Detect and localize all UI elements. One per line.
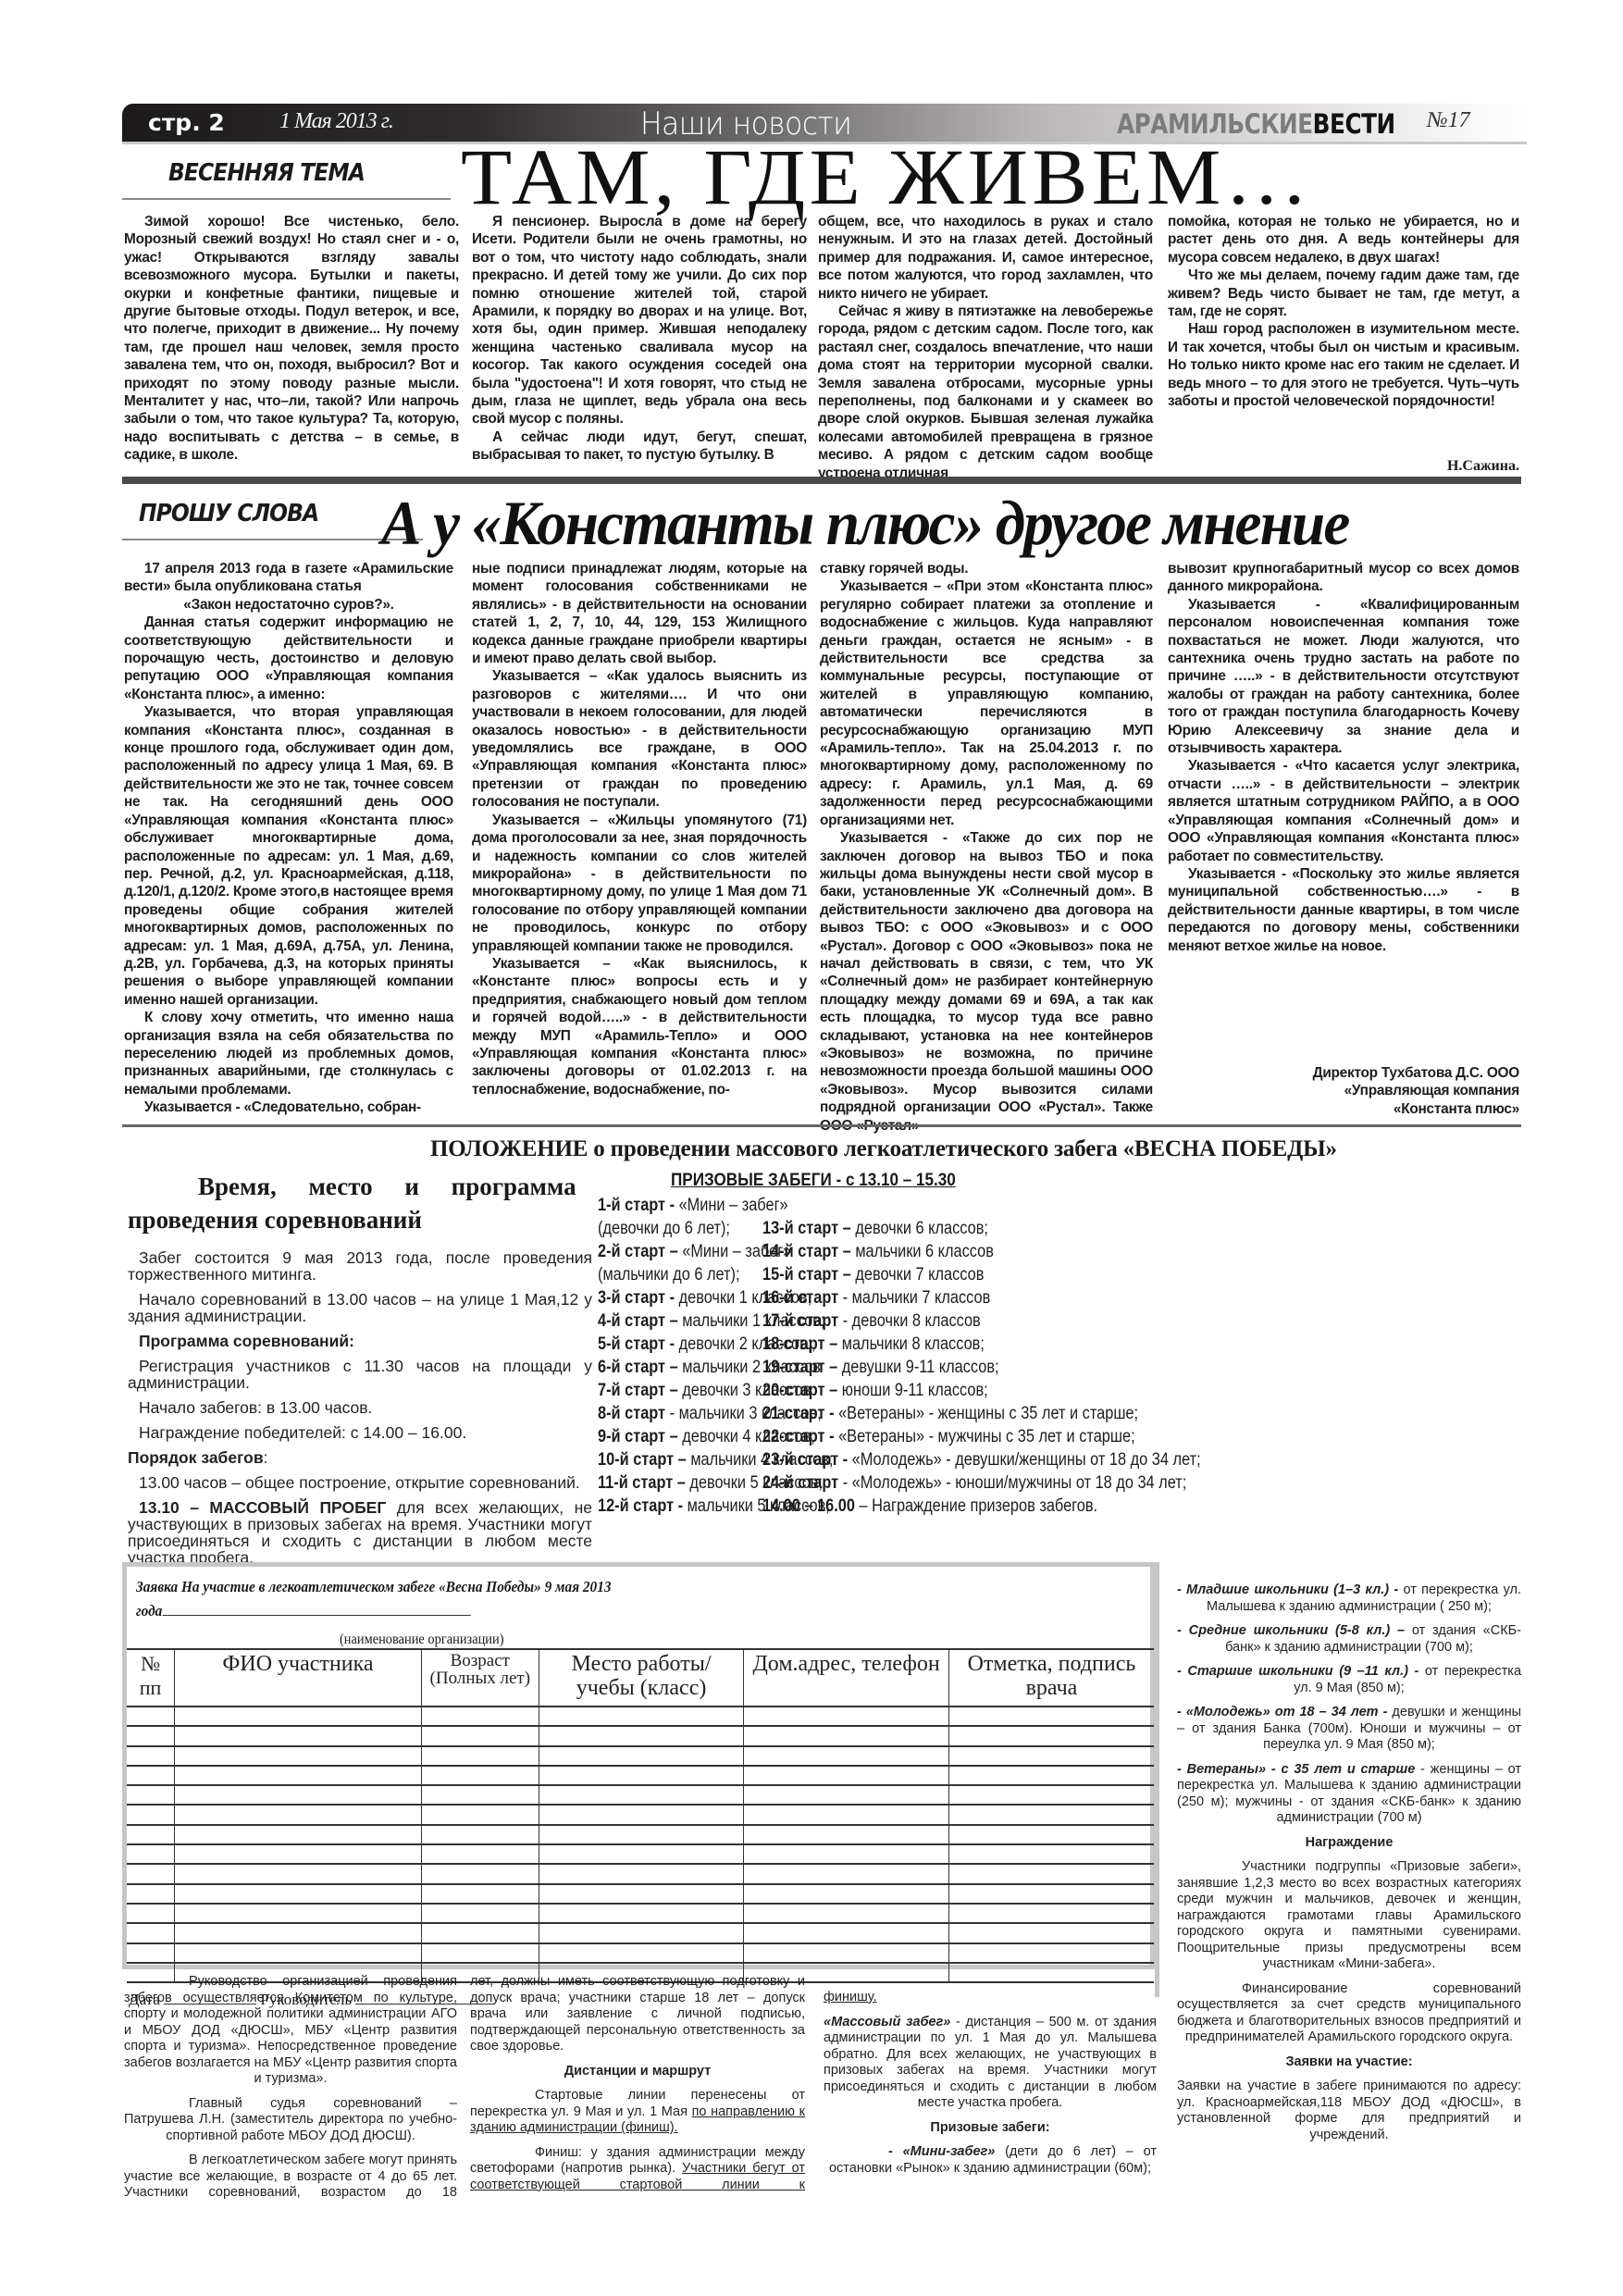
article-column-2: ные подписи принадлежат людям, которые н… xyxy=(472,560,807,1098)
article-column-1: 17 апреля 2013 года в газете «Арамильски… xyxy=(124,560,453,1117)
form-cell[interactable] xyxy=(421,1844,539,1864)
form-cell[interactable] xyxy=(539,1904,744,1923)
article-column-3: ставку горячей воды. Указывается – «При … xyxy=(820,560,1153,1135)
regulation-left-column: Время, место и программа проведения соре… xyxy=(128,1168,592,1574)
form-cell[interactable] xyxy=(175,1844,422,1864)
table-row xyxy=(127,1923,1154,1942)
form-cell[interactable] xyxy=(421,1805,539,1824)
form-cell[interactable] xyxy=(175,1904,422,1923)
form-cell[interactable] xyxy=(744,1825,949,1844)
form-cell[interactable] xyxy=(948,1963,1154,1982)
form-cell[interactable] xyxy=(127,1726,175,1745)
form-cell[interactable] xyxy=(421,1746,539,1766)
form-cell[interactable] xyxy=(175,1746,422,1766)
regulation-title: ПОЛОЖЕНИЕ о проведении массового легкоат… xyxy=(430,1136,1337,1162)
form-cell[interactable] xyxy=(539,1844,744,1864)
form-cell[interactable] xyxy=(421,1904,539,1923)
form-cell[interactable] xyxy=(175,1864,422,1883)
form-cell[interactable] xyxy=(421,1864,539,1883)
table-row xyxy=(127,1706,1154,1726)
form-cell[interactable] xyxy=(948,1785,1154,1805)
article-column-4: помойка, которая не только не убирается,… xyxy=(1168,213,1519,410)
form-cell[interactable] xyxy=(421,1785,539,1805)
form-cell[interactable] xyxy=(175,1706,422,1726)
form-cell[interactable] xyxy=(421,1766,539,1785)
form-cell[interactable] xyxy=(127,1706,175,1726)
form-cell[interactable] xyxy=(175,1766,422,1785)
form-cell[interactable] xyxy=(744,1864,949,1883)
form-cell[interactable] xyxy=(421,1726,539,1745)
form-cell[interactable] xyxy=(421,1884,539,1904)
table-row xyxy=(127,1726,1154,1745)
rubric-underline xyxy=(122,539,423,540)
form-cell[interactable] xyxy=(539,1864,744,1883)
rubric-underline xyxy=(122,198,451,200)
article-column-3: общем, все, что находилось в руках и ста… xyxy=(818,213,1153,482)
form-cell[interactable] xyxy=(127,1904,175,1923)
col-doctor: Отметка, подпись врача xyxy=(948,1649,1154,1706)
form-cell[interactable] xyxy=(175,1726,422,1745)
form-cell[interactable] xyxy=(539,1943,744,1963)
form-cell[interactable] xyxy=(127,1923,175,1942)
col-age: Возраст (Полных лет) xyxy=(421,1649,539,1706)
article-column-1: Зимой хорошо! Все чистенько, бело. Мороз… xyxy=(124,213,459,465)
prize-races-heading: ПРИЗОВЫЕ ЗАБЕГИ - с 13.10 – 15.30 xyxy=(671,1171,956,1191)
form-cell[interactable] xyxy=(175,1884,422,1904)
form-cell[interactable] xyxy=(948,1766,1154,1785)
form-cell[interactable] xyxy=(175,1805,422,1824)
form-cell[interactable] xyxy=(948,1726,1154,1745)
form-cell[interactable] xyxy=(421,1706,539,1726)
form-cell[interactable] xyxy=(539,1746,744,1766)
form-cell[interactable] xyxy=(175,1943,422,1963)
form-cell[interactable] xyxy=(744,1746,949,1766)
form-cell[interactable] xyxy=(539,1726,744,1745)
col-name: ФИО участника xyxy=(175,1649,422,1706)
form-cell[interactable] xyxy=(539,1785,744,1805)
routes-column: - Младшие школьники (1–3 кл.) - от перек… xyxy=(1177,1582,1521,2152)
form-cell[interactable] xyxy=(539,1825,744,1844)
prize-races-subheading: Призовые забеги: xyxy=(824,2120,1157,2137)
form-cell[interactable] xyxy=(175,1923,422,1942)
form-cell[interactable] xyxy=(744,1943,949,1963)
table-row xyxy=(127,1805,1154,1824)
form-cell[interactable] xyxy=(948,1805,1154,1824)
table-row xyxy=(127,1785,1154,1805)
form-cell[interactable] xyxy=(127,1825,175,1844)
table-row xyxy=(127,1746,1154,1766)
author-signature: Директор Тухбатова Д.С. ООО «Управляющая… xyxy=(1168,1064,1519,1118)
table-row xyxy=(127,1844,1154,1864)
form-cell[interactable] xyxy=(744,1923,949,1942)
issue-number: №17 xyxy=(1427,108,1470,133)
form-cell[interactable] xyxy=(127,1943,175,1963)
table-row xyxy=(127,1904,1154,1923)
form-org-line[interactable]: года xyxy=(136,1602,1048,1620)
table-row xyxy=(127,1864,1154,1883)
headline: ТАМ, ГДЕ ЖИВЕМ… xyxy=(461,137,1312,217)
distances-heading: Дистанции и маршрут xyxy=(470,2064,805,2080)
form-cell[interactable] xyxy=(175,1825,422,1844)
regulation-heading-2: проведения соревнований xyxy=(128,1201,592,1238)
form-cell[interactable] xyxy=(948,1706,1154,1726)
headline: А у «Константы плюс» другое мнение xyxy=(381,491,1348,554)
form-cell[interactable] xyxy=(421,1923,539,1942)
form-cell[interactable] xyxy=(744,1706,949,1726)
form-cell[interactable] xyxy=(421,1943,539,1963)
form-cell[interactable] xyxy=(539,1923,744,1942)
form-cell[interactable] xyxy=(948,1844,1154,1864)
form-cell[interactable] xyxy=(948,1884,1154,1904)
form-cell[interactable] xyxy=(539,1805,744,1824)
form-title: Заявка На участие в легкоатлетическом за… xyxy=(136,1578,1048,1596)
article-column-4: вывозит крупногабаритный мусор со всех д… xyxy=(1168,560,1519,955)
form-cell[interactable] xyxy=(948,1923,1154,1942)
form-cell[interactable] xyxy=(421,1825,539,1844)
form-cell[interactable] xyxy=(744,1766,949,1785)
table-row xyxy=(127,1884,1154,1904)
form-cell[interactable] xyxy=(948,1825,1154,1844)
prize-races-list-2: 13-й старт – девочки 6 классов; 14-й ста… xyxy=(762,1217,1201,1518)
form-cell[interactable] xyxy=(744,1785,949,1805)
form-cell[interactable] xyxy=(744,1904,949,1923)
form-cell[interactable] xyxy=(127,1884,175,1904)
regulation-heading: Время, место и программа xyxy=(128,1168,592,1205)
form-cell[interactable] xyxy=(948,1904,1154,1923)
rubric-label: ПРОШУ СЛОВА xyxy=(139,500,318,527)
form-cell[interactable] xyxy=(744,1726,949,1745)
registration-form: Заявка На участие в легкоатлетическом за… xyxy=(122,1562,1155,1969)
form-cell[interactable] xyxy=(127,1844,175,1864)
form-cell[interactable] xyxy=(744,1884,949,1904)
form-cell[interactable] xyxy=(744,1844,949,1864)
table-row xyxy=(127,1825,1154,1844)
form-cell[interactable] xyxy=(539,1706,744,1726)
form-side-border xyxy=(1155,1562,1159,1997)
page-number: стр. 2 xyxy=(148,109,225,136)
registration-table: № пп ФИО участника Возраст (Полных лет) … xyxy=(127,1648,1154,1983)
form-cell[interactable] xyxy=(127,1746,175,1766)
col-address: Дом.адрес, телефон xyxy=(744,1649,949,1706)
rubric-label: ВЕСЕННЯЯ ТЕМА xyxy=(168,159,365,187)
form-cell[interactable] xyxy=(175,1785,422,1805)
form-cell[interactable] xyxy=(948,1943,1154,1963)
author-signature: Н.Сажина. xyxy=(1295,458,1519,475)
col-workplace: Место работы/ учебы (класс) xyxy=(539,1649,744,1706)
apply-heading: Заявки на участие: xyxy=(1177,2054,1521,2071)
article-column-2: Я пенсионер. Выросла в доме на берегу Ис… xyxy=(472,213,807,465)
bottom-column-1: Руководство организацией проведения забе… xyxy=(124,1974,457,2210)
form-cell[interactable] xyxy=(948,1746,1154,1766)
form-cell[interactable] xyxy=(127,1766,175,1785)
form-cell[interactable] xyxy=(127,1864,175,1883)
form-cell[interactable] xyxy=(539,1884,744,1904)
bottom-column-3: финишу. «Массовый забег» - дистанция – 5… xyxy=(824,1990,1157,2185)
award-heading: Награждение xyxy=(1177,1835,1521,1852)
form-cell[interactable] xyxy=(539,1766,744,1785)
bottom-column-2: лет, должны иметь соответствующую подгот… xyxy=(470,1974,805,2202)
col-number: № пп xyxy=(127,1649,175,1706)
table-row xyxy=(127,1766,1154,1785)
form-cell[interactable] xyxy=(127,1785,175,1805)
section-divider xyxy=(122,1124,1521,1127)
form-cell[interactable] xyxy=(744,1805,949,1824)
form-cell[interactable] xyxy=(127,1805,175,1824)
form-cell[interactable] xyxy=(948,1864,1154,1883)
section-divider xyxy=(122,477,1521,484)
issue-date: 1 Мая 2013 г. xyxy=(279,109,393,134)
form-org-caption: (наименование организации) xyxy=(340,1632,1069,1648)
table-row xyxy=(127,1943,1154,1963)
